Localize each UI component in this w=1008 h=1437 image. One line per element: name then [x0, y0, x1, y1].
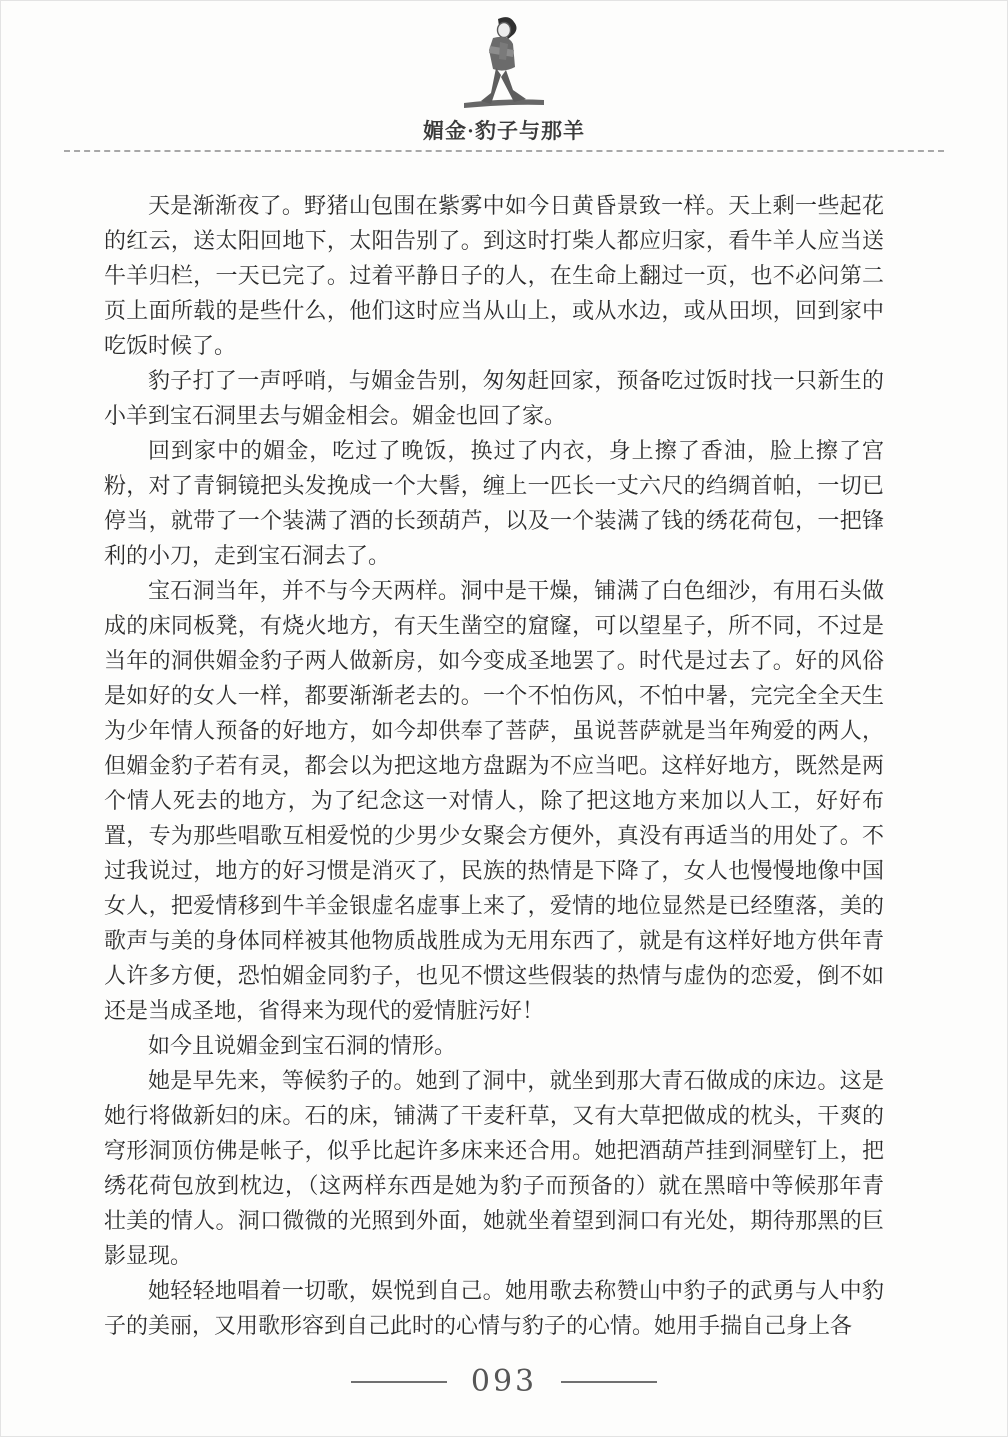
paragraph: 她是早先来，等候豹子的。她到了洞中，就坐到那大青石做成的床边。这是她行将做新妇的… [104, 1063, 884, 1273]
paragraph: 豹子打了一声呼哨，与媚金告别，匆匆赶回家，预备吃过饭时找一只新生的小羊到宝石洞里… [104, 363, 884, 433]
page-footer: 093 [1, 1365, 1007, 1399]
paragraph: 如今且说媚金到宝石洞的情形。 [104, 1028, 884, 1063]
paragraph: 天是渐渐夜了。野猪山包围在紫雾中如今日黄昏景致一样。天上剩一些起花的红云，送太阳… [104, 188, 884, 363]
book-page: 媚金·豹子与那羊 天是渐渐夜了。野猪山包围在紫雾中如今日黄昏景致一样。天上剩一些… [0, 0, 1008, 1437]
paragraph: 回到家中的媚金，吃过了晚饭，换过了内衣，身上擦了香油，脸上擦了宫粉，对了青铜镜把… [104, 433, 884, 573]
walking-figure-icon [456, 15, 552, 113]
paragraph: 她轻轻地唱着一切歌，娱悦到自己。她用歌去称赞山中豹子的武勇与人中豹子的美丽，又用… [104, 1273, 884, 1343]
dashed-separator [64, 150, 944, 152]
footer-rule-left [351, 1381, 447, 1383]
page-header: 媚金·豹子与那羊 [1, 1, 1007, 152]
header-illustration [1, 15, 1007, 113]
paragraph: 宝石洞当年，并不与今天两样。洞中是干燥，铺满了白色细沙，有用石头做成的床同板凳，… [104, 573, 884, 1028]
chapter-title: 媚金·豹子与那羊 [1, 117, 1007, 145]
page-number: 093 [471, 1365, 537, 1399]
footer-rule-right [561, 1381, 657, 1383]
body-text: 天是渐渐夜了。野猪山包围在紫雾中如今日黄昏景致一样。天上剩一些起花的红云，送太阳… [104, 188, 884, 1343]
